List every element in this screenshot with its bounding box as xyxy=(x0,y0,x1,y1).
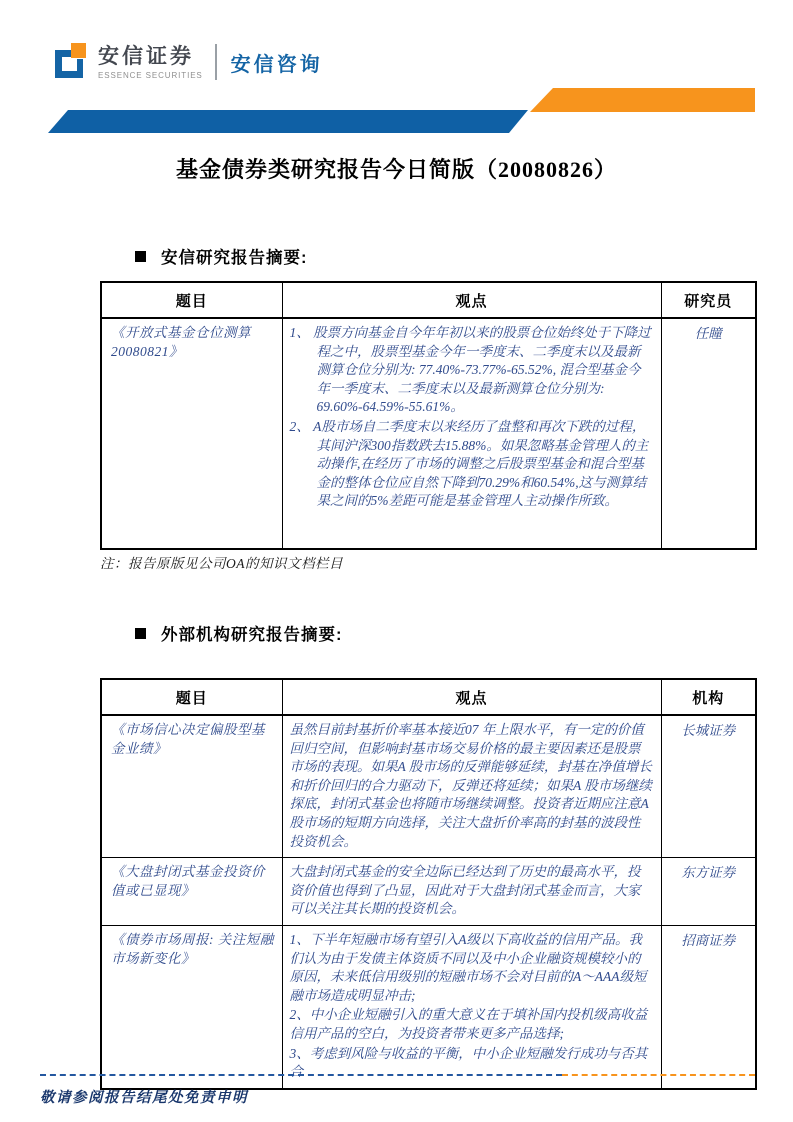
section-heading-external-summary: 外部机构研究报告摘要: xyxy=(135,621,343,645)
report-title-cell: 《债券市场周报: 关注短融市场新变化》 xyxy=(101,925,282,1088)
institution-cell: 长城证券 xyxy=(661,715,756,858)
external-summary-table: 题目 观点 机构 《市场信心决定偏股型基金业绩》 虽然目前封基折价率基本接近07… xyxy=(100,678,757,1090)
footer-divider-blue xyxy=(40,1074,562,1076)
brand: 安信证券 ESSENCE SECURITIES 安信咨询 xyxy=(55,42,323,82)
essence-securities-logo-icon xyxy=(55,42,89,82)
brand-subtitle: 安信咨询 xyxy=(231,48,323,77)
table-row: 《市场信心决定偏股型基金业绩》 虽然目前封基折价率基本接近07 年上限水平，有一… xyxy=(101,715,756,858)
report-page: 安信证券 ESSENCE SECURITIES 安信咨询 基金债券类研究报告今日… xyxy=(0,0,793,1122)
viewpoint-item: 1、 股票方向基金自今年年初以来的股票仓位始终处于下降过程之中，股票型基金今年一… xyxy=(290,324,654,417)
orange-banner-bar xyxy=(530,88,755,112)
column-header-title: 题目 xyxy=(101,679,282,715)
page-title: 基金债券类研究报告今日简版（20080826） xyxy=(0,153,793,184)
essence-summary-table: 题目 观点 研究员 《开放式基金仓位测算 20080821》 1、 股票方向基金… xyxy=(100,281,757,550)
blue-banner-bar xyxy=(48,110,528,133)
brand-name-en: ESSENCE SECURITIES xyxy=(98,71,203,80)
institution-cell: 招商证券 xyxy=(661,925,756,1088)
viewpoint-cell: 1、 股票方向基金自今年年初以来的股票仓位始终处于下降过程之中，股票型基金今年一… xyxy=(282,318,661,549)
researcher-cell: 任瞳 xyxy=(661,318,756,549)
table-row: 《债券市场周报: 关注短融市场新变化》 1、下半年短融市场有望引入A级以下高收益… xyxy=(101,925,756,1088)
column-header-viewpoint: 观点 xyxy=(282,282,661,318)
table-header-row: 题目 观点 研究员 xyxy=(101,282,756,318)
viewpoint-item: 2、中小企业短融引入的重大意义在于填补国内投机级高收益信用产品的空白，为投资者带… xyxy=(290,1006,654,1043)
section-bullet-icon xyxy=(135,628,146,639)
logo-inner-hole xyxy=(62,57,77,71)
viewpoint-item: 2、 A股市场自二季度末以来经历了盘整和再次下跌的过程，其间沪深300指数跌去1… xyxy=(290,418,654,511)
viewpoint-cell: 大盘封闭式基金的安全边际已经达到了历史的最高水平，投资价值也得到了凸显，因此对于… xyxy=(282,858,661,926)
source-note: 注：报告原版见公司OA的知识文档栏目 xyxy=(100,552,343,572)
report-title-cell: 《市场信心决定偏股型基金业绩》 xyxy=(101,715,282,858)
brand-text: 安信证券 ESSENCE SECURITIES xyxy=(98,45,203,80)
viewpoint-cell: 1、下半年短融市场有望引入A级以下高收益的信用产品。我们认为由于发债主体资质不同… xyxy=(282,925,661,1088)
institution-cell: 东方证券 xyxy=(661,858,756,926)
report-title-cell: 《大盘封闭式基金投资价值或已显现》 xyxy=(101,858,282,926)
column-header-title: 题目 xyxy=(101,282,282,318)
column-header-researcher: 研究员 xyxy=(661,282,756,318)
viewpoint-item: 大盘封闭式基金的安全边际已经达到了历史的最高水平，投资价值也得到了凸显，因此对于… xyxy=(290,863,654,919)
footer-divider xyxy=(40,1074,755,1076)
viewpoint-item: 3、考虑到风险与收益的平衡，中小企业短融发行成功与否其合 xyxy=(290,1045,654,1082)
report-title-cell: 《开放式基金仓位测算 20080821》 xyxy=(101,318,282,549)
table-header-row: 题目 观点 机构 xyxy=(101,679,756,715)
section-bullet-icon xyxy=(135,251,146,262)
footer-divider-orange xyxy=(562,1074,755,1076)
brand-name-cn: 安信证券 xyxy=(98,45,203,69)
column-header-institution: 机构 xyxy=(661,679,756,715)
section-heading-label: 外部机构研究报告摘要: xyxy=(161,621,343,645)
viewpoint-cell: 虽然目前封基折价率基本接近07 年上限水平，有一定的价值回归空间，但影响封基市场… xyxy=(282,715,661,858)
table-row: 《大盘封闭式基金投资价值或已显现》 大盘封闭式基金的安全边际已经达到了历史的最高… xyxy=(101,858,756,926)
logo-orange-square xyxy=(71,43,86,58)
section-heading-label: 安信研究报告摘要: xyxy=(161,244,308,268)
column-header-viewpoint: 观点 xyxy=(282,679,661,715)
viewpoint-item: 虽然目前封基折价率基本接近07 年上限水平，有一定的价值回归空间，但影响封基市场… xyxy=(290,721,654,851)
footer-disclaimer: 敬请参阅报告结尾处免责申明 xyxy=(40,1086,248,1107)
section-heading-essence-summary: 安信研究报告摘要: xyxy=(135,244,308,268)
viewpoint-item: 1、下半年短融市场有望引入A级以下高收益的信用产品。我们认为由于发债主体资质不同… xyxy=(290,931,654,1005)
table-row: 《开放式基金仓位测算 20080821》 1、 股票方向基金自今年年初以来的股票… xyxy=(101,318,756,549)
brand-divider xyxy=(215,44,217,80)
